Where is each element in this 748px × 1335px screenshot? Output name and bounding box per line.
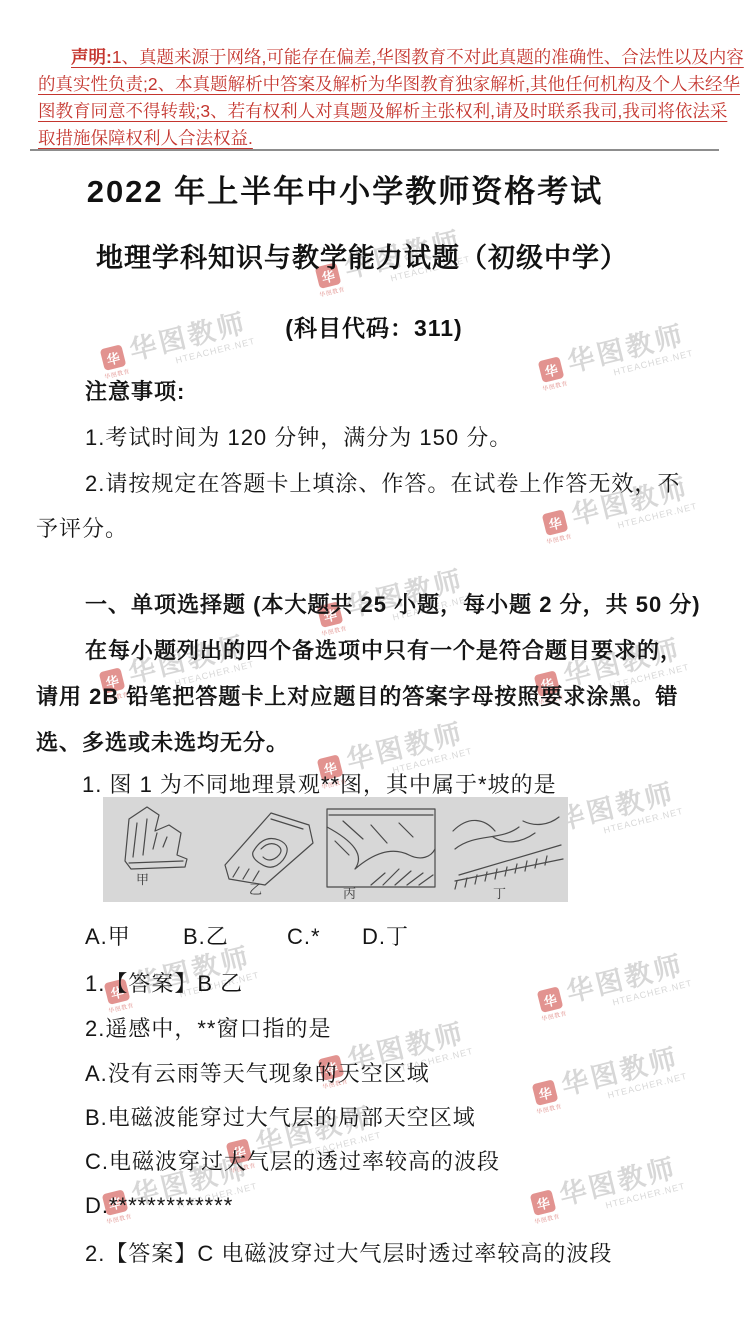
- figure-label-jia: 甲: [136, 872, 149, 887]
- figure-label-yi: 乙: [249, 882, 262, 897]
- disclaimer-prefix: 声明:: [71, 47, 112, 67]
- question-1-option-d: D.丁: [362, 923, 409, 951]
- huatu-logo-caption: 华图教育: [107, 1000, 134, 1015]
- watermark-brand-en: HTEACHER.NET: [612, 348, 694, 378]
- figure-label-bing: 丙: [343, 886, 356, 901]
- huatu-logo-glyph: 华: [104, 347, 121, 369]
- disclaimer-line-1-text: 1、真题来源于网络,可能存在偏差,华图教育不对此真题的准确性、合法性以及内容: [112, 47, 744, 67]
- sketch-ding: 丁: [453, 817, 563, 901]
- disclaimer-line-2: 的真实性负责;2、本真题解析中答案及解析为华图教育独家解析,其他任何机构及个人未…: [38, 71, 722, 98]
- watermark-brand-cn: 华图教师: [562, 942, 692, 1010]
- watermark-brand-cn: 华图教师: [342, 710, 472, 778]
- note-item-1: 1.考试时间为 120 分钟，满分为 150 分。: [85, 424, 512, 452]
- question-2-option-b: B.电磁波能穿过大气层的局部天空区域: [85, 1104, 476, 1132]
- huatu-logo-caption: 华图教育: [541, 378, 568, 393]
- disclaimer: 声明:1、真题来源于网络,可能存在偏差,华图教育不对此真题的准确性、合法性以及内…: [38, 44, 722, 152]
- huatu-logo-icon: 华: [530, 1189, 557, 1216]
- sketch-jia: 甲: [125, 807, 187, 887]
- sketch-yi: 乙: [225, 813, 313, 897]
- huatu-logo-caption: 华图教育: [540, 1008, 567, 1023]
- disclaimer-line-1: 声明:1、真题来源于网络,可能存在偏差,华图教育不对此真题的准确性、合法性以及内…: [38, 44, 722, 71]
- question-1-answer: 1.【答案】B 乙: [85, 970, 243, 998]
- watermark-brand-cn: 华图教师: [555, 1145, 685, 1213]
- watermark-brand-en: HTEACHER.NET: [602, 806, 684, 836]
- huatu-logo-glyph: 华: [546, 512, 563, 534]
- divider-line: [30, 149, 719, 151]
- question-2-option-c: C.电磁波穿过大气层的透过率较高的波段: [85, 1148, 500, 1176]
- exam-title: 2022 年上半年中小学教师资格考试: [0, 166, 690, 211]
- question-1-option-a: A.甲: [85, 923, 131, 951]
- question-2-answer: 2.【答案】C 电磁波穿过大气层时透过率较高的波段: [85, 1240, 612, 1268]
- huatu-logo-caption: 华图教育: [320, 623, 347, 638]
- huatu-logo-icon: 华: [538, 356, 565, 383]
- question-1-option-b: B.乙: [183, 923, 229, 951]
- huatu-logo-glyph: 华: [534, 1192, 551, 1214]
- huatu-brand-block: 华图教师 HTEACHER.NET: [553, 770, 685, 846]
- watermark-brand-en: HTEACHER.NET: [611, 978, 693, 1008]
- huatu-logo-block: 华 华图教育: [528, 1189, 561, 1226]
- huatu-brand-block: 华图教师 HTEACHER.NET: [562, 942, 694, 1018]
- huatu-logo-block: 华 华图教育: [536, 356, 569, 393]
- note-item-2-line-2: 予评分。: [36, 515, 128, 543]
- huatu-brand-block: 华图教师 HTEACHER.NET: [557, 1035, 689, 1111]
- section-intro-line-3: 选、多选或未选均无分。: [36, 729, 289, 757]
- notes-heading: 注意事项:: [85, 378, 185, 406]
- huatu-watermark: 华 华图教育 华图教师 HTEACHER.NET: [532, 942, 694, 1025]
- huatu-logo-glyph: 华: [536, 1082, 553, 1104]
- watermark-brand-cn: 华图教师: [553, 770, 683, 838]
- question-1-option-c: C.*: [287, 923, 321, 951]
- huatu-logo-icon: 华: [100, 344, 127, 371]
- huatu-logo-block: 华 华图教育: [530, 1079, 563, 1116]
- question-2-option-a: A.没有云雨等天气现象的天空区域: [85, 1060, 430, 1088]
- huatu-logo-caption: 华图教育: [533, 1211, 560, 1226]
- huatu-logo-block: 华 华图教育: [535, 986, 568, 1023]
- huatu-logo-icon: 华: [532, 1079, 559, 1106]
- figure-label-ding: 丁: [493, 886, 506, 901]
- huatu-brand-block: 华图教师 HTEACHER.NET: [555, 1145, 687, 1221]
- section-one-heading: 一、单项选择题 (本大题共 25 小题，每小题 2 分，共 50 分): [85, 591, 701, 619]
- subject-code: (科目代码：311): [0, 310, 748, 343]
- huatu-logo-block: 华 华图教育: [540, 509, 573, 546]
- watermark-brand-en: HTEACHER.NET: [606, 1071, 688, 1101]
- question-1-stem: 1. 图 1 为不同地理景观**图，其中属于*坡的是: [82, 771, 557, 799]
- huatu-logo-block: 华 华图教育: [98, 344, 131, 381]
- subject-title: 地理学科知识与教学能力试题（初级中学）: [0, 236, 724, 275]
- section-intro-line-1: 在每小题列出的四个备选项中只有一个是符合题目要求的，: [85, 637, 683, 665]
- watermark-brand-en: HTEACHER.NET: [616, 501, 698, 531]
- watermark-brand-cn: 华图教师: [557, 1035, 687, 1103]
- huatu-logo-icon: 华: [537, 986, 564, 1013]
- huatu-logo-glyph: 华: [541, 989, 558, 1011]
- huatu-logo-caption: 华图教育: [545, 531, 572, 546]
- question-2-option-d: D.*************: [85, 1192, 233, 1220]
- huatu-logo-caption: 华图教育: [535, 1101, 562, 1116]
- question-1-figure: 甲 乙 丙 丁: [103, 797, 568, 902]
- huatu-logo-icon: 华: [542, 509, 569, 536]
- section-intro-line-2: 请用 2B 铅笔把答题卡上对应题目的答案字母按照要求涂黑。错: [36, 683, 678, 711]
- sketch-bing: 丙: [327, 809, 435, 901]
- exam-document-page: 华 华图教育 华图教师 HTEACHER.NET 华 华图教育 华图教师 HTE…: [0, 0, 748, 1335]
- huatu-logo-caption: 华图教育: [318, 284, 345, 299]
- question-2-stem: 2.遥感中，**窗口指的是: [85, 1015, 331, 1043]
- note-item-2-line-1: 2.请按规定在答题卡上填涂、作答。在试卷上作答无效，不: [85, 470, 680, 498]
- huatu-logo-glyph: 华: [542, 359, 559, 381]
- huatu-watermark: 华 华图教育 华图教师 HTEACHER.NET: [527, 1035, 689, 1118]
- watermark-brand-en: HTEACHER.NET: [604, 1181, 686, 1211]
- disclaimer-line-4: 取措施保障权利人合法权益.: [38, 125, 722, 152]
- disclaimer-line-3: 图教育同意不得转载;3、若有权利人对真题及解析主张权利,请及时联系我司,我司将依…: [38, 98, 722, 125]
- huatu-watermark: 华 华图教育 华图教师 HTEACHER.NET: [525, 1145, 687, 1228]
